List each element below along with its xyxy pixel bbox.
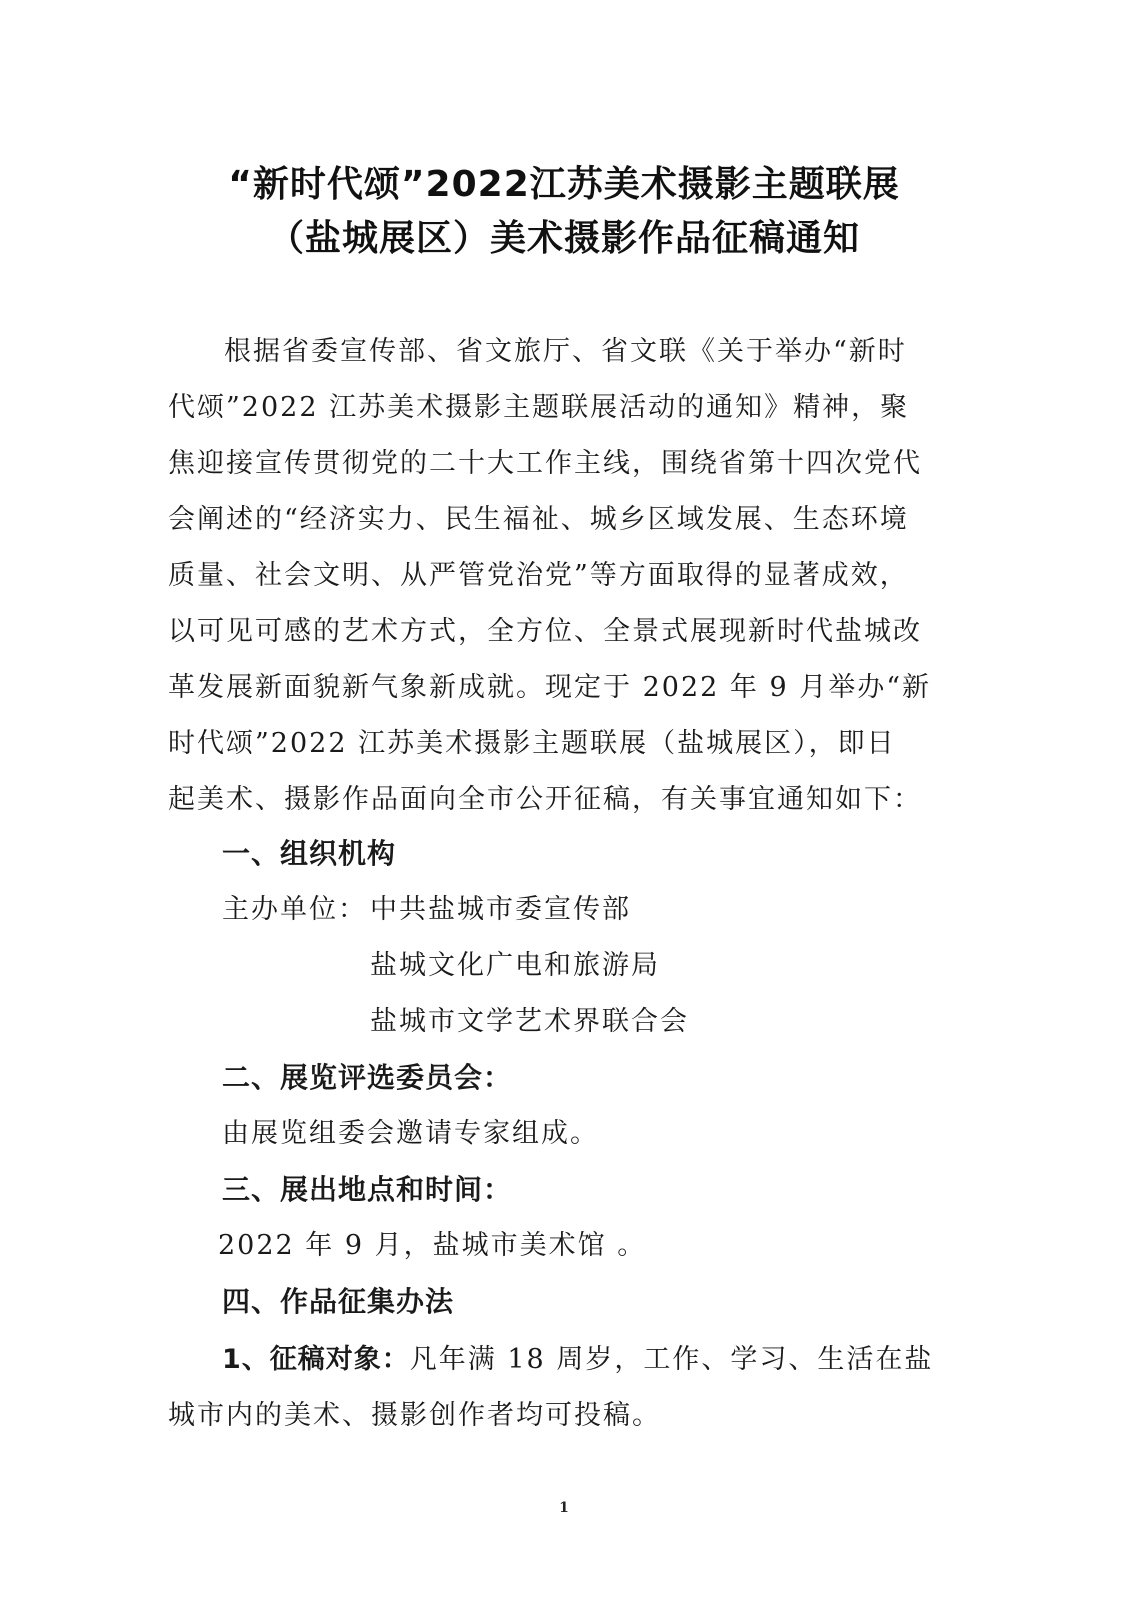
item1-line-1: 1、征稿对象：凡年满 18 周岁，工作、学习、生活在盐 xyxy=(222,1340,1002,1380)
venue-time-text: 2022 年 9 月，盐城市美术馆 。 xyxy=(218,1226,998,1266)
item1-text-1: 凡年满 18 周岁，工作、学习、生活在盐 xyxy=(410,1344,934,1375)
intro-line-7: 革发展新面貌新气象新成就。现定于 2022 年 9 月举办“新 xyxy=(168,668,948,708)
section-heading-venue-time: 三、展出地点和时间： xyxy=(222,1170,1002,1210)
intro-line-1: 根据省委宣传部、省文旅厅、省文联《关于举办“新时 xyxy=(168,332,948,372)
intro-line-8: 时代颂”2022 江苏美术摄影主题联展（盐城展区），即日 xyxy=(168,724,948,764)
intro-line-4: 会阐述的“经济实力、民生福祉、城乡区域发展、生态环境 xyxy=(168,500,948,540)
intro-line-6: 以可见可感的艺术方式，全方位、全景式展现新时代盐城改 xyxy=(168,612,948,652)
item1-label: 1、征稿对象： xyxy=(222,1344,410,1375)
document-page: “新时代颂”2022江苏美术摄影主题联展 （盐城展区）美术摄影作品征稿通知 根据… xyxy=(0,0,1128,1600)
committee-text: 由展览组委会邀请专家组成。 xyxy=(222,1114,1002,1154)
intro-line-2: 代颂”2022 江苏美术摄影主题联展活动的通知》精神，聚 xyxy=(168,388,948,428)
intro-line-9: 起美术、摄影作品面向全市公开征稿，有关事宜通知如下： xyxy=(168,780,948,820)
organizer-1: 中共盐城市委宣传部 xyxy=(370,890,1128,930)
organizer-2: 盐城文化广电和旅游局 xyxy=(370,946,1128,986)
page-number: 1 xyxy=(0,1500,1128,1516)
document-title-line-2: （盐城展区）美术摄影作品征稿通知 xyxy=(0,210,1128,261)
intro-line-3: 焦迎接宣传贯彻党的二十大工作主线，围绕省第十四次党代 xyxy=(168,444,948,484)
organizer-3: 盐城市文学艺术界联合会 xyxy=(370,1002,1128,1042)
section-heading-committee: 二、展览评选委员会： xyxy=(222,1058,1002,1098)
item1-line-2: 城市内的美术、摄影创作者均可投稿。 xyxy=(168,1396,948,1436)
section-heading-organization: 一、组织机构 xyxy=(222,834,1002,874)
section-heading-collection: 四、作品征集办法 xyxy=(222,1282,1002,1322)
document-title-line-1: “新时代颂”2022江苏美术摄影主题联展 xyxy=(0,156,1128,207)
intro-line-5: 质量、社会文明、从严管党治党”等方面取得的显著成效， xyxy=(168,556,948,596)
